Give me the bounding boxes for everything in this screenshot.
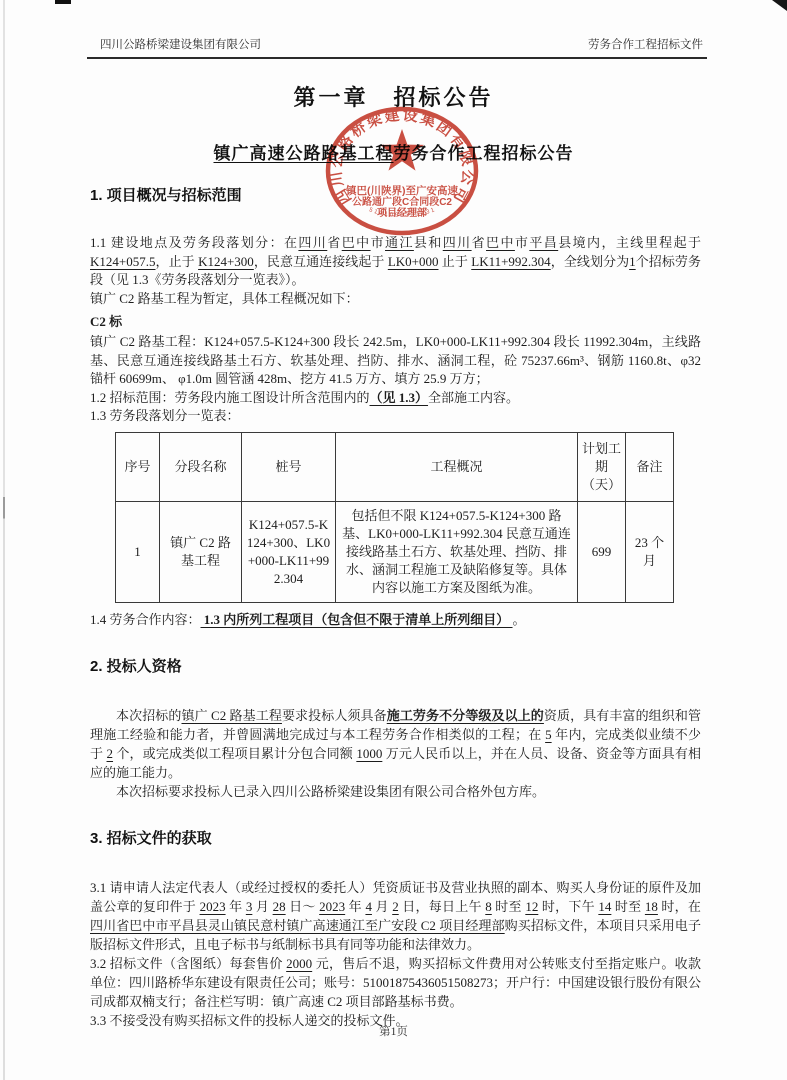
text-run: 镇广 C2 路基工程：K124+057.5-K124+300 段长 242.5m… <box>90 334 701 386</box>
text-run: 时，下午 <box>538 899 598 914</box>
paragraph-2-2: 本次招标要求投标人已录入四川公路桥梁建设集团有限公司合格外包方库。 <box>90 782 701 801</box>
text-run: 镇广 C2 路基工程为暂定，具体工程概况如下： <box>90 291 359 306</box>
text-run: LK11+992.304 <box>471 254 550 269</box>
section-3-heading: 3. 招标文件的获取 <box>90 827 701 848</box>
text-run: 镇广 C2 路基工程 <box>182 708 282 723</box>
text-run: ，止于 <box>155 254 198 269</box>
col-header-remarks: 备注 <box>626 432 674 501</box>
c2-section-label: C2 标 <box>90 312 701 331</box>
text-run: 市 <box>371 235 385 250</box>
paragraph-3-2: 3.2 招标文件（含图纸）每套售价 2000 元，售后不退，购买招标文件费用对公… <box>90 954 701 1011</box>
scan-top-mark <box>55 0 71 4</box>
text-run: 18 <box>645 899 658 914</box>
text-run: 四川 <box>298 235 327 250</box>
text-run: 通江 <box>385 235 414 250</box>
table-header-row: 序号 分段名称 桩号 工程概况 计划工期（天） 备注 <box>116 432 674 501</box>
text-run: 四川 <box>443 235 472 250</box>
section-1-heading: 1. 项目概况与招标范围 <box>90 184 701 205</box>
paragraph-1-2: 1.2 招标范围：劳务段内施工图设计所含范围内的（见 1.3）全部施工内容。 <box>90 389 701 408</box>
text-run: 止于 <box>438 254 471 269</box>
text-run: 省 <box>472 235 486 250</box>
footer-page-number: 第1页 <box>0 1023 787 1039</box>
cell-stake-number: K124+057.5-K124+300、LK0+000-LK11+992.304 <box>242 501 336 602</box>
text-run: ，全线划分为 <box>551 254 629 269</box>
text-run: 。 <box>513 612 526 627</box>
document-body: 1. 项目概况与招标范围 1.1 建设地点及劳务段落划分：在四川省巴中市通江县和… <box>90 184 701 1030</box>
text-run: 28 <box>273 899 286 914</box>
text-run: 年 <box>345 899 365 914</box>
col-header-segment-name: 分段名称 <box>160 432 242 501</box>
text-run: 1.4 劳务合作内容： <box>90 612 201 627</box>
header-company-name: 四川公路桥梁建设集团有限公司 <box>100 36 261 52</box>
text-run: （见 1.3） <box>370 390 429 405</box>
cell-index: 1 <box>116 501 160 602</box>
text-run: 月 <box>252 899 272 914</box>
section-2-heading: 2. 投标人资格 <box>90 655 701 676</box>
header-rule <box>87 57 707 59</box>
text-run: 平昌 <box>529 235 558 250</box>
paragraph-2-1: 本次招标的镇广 C2 路基工程要求投标人须具备施工劳务不分等级及以上的资质，具有… <box>90 706 701 782</box>
scanned-document-page: 四川公路桥梁建设集团有限公司 劳务合作工程招标文件 第一章 招标公告 镇广高速公… <box>0 0 787 1080</box>
chapter-title: 第一章 招标公告 <box>0 81 787 112</box>
text-run: 1.2 招标范围：劳务段内施工图设计所含范围内的 <box>90 390 370 405</box>
col-header-stake-number: 桩号 <box>242 432 336 501</box>
text-run: 2023 <box>319 899 345 914</box>
text-run: 市 <box>515 235 529 250</box>
text-run: LK0+000 <box>388 254 439 269</box>
text-run: 月 <box>372 899 392 914</box>
text-run: 1.3 劳务段落划分一览表： <box>90 408 240 423</box>
text-run: 1.3 内所列工程项目（包含但不限于清单上所列细目） <box>201 612 513 627</box>
text-run: 劳务合作工程招标公告 <box>394 144 574 163</box>
text-run: 2000 <box>286 956 312 971</box>
text-run: 四川省巴中市平昌县灵山镇民意村镇广高速通江至广安段 C2 项目经理部 <box>90 918 505 933</box>
segment-table: 序号 分段名称 桩号 工程概况 计划工期（天） 备注 1 镇广 C2 路基工程 … <box>115 432 674 603</box>
paragraph-3-1: 3.1 请申请人法定代表人（或经过授权的委托人）凭资质证书及营业执照的副本、购买… <box>90 878 701 954</box>
paragraph-1-4: 1.4 劳务合作内容： 1.3 内所列工程项目（包含但不限于清单上所列细目） 。 <box>90 611 701 630</box>
text-run: 本次招标的 <box>116 708 182 723</box>
page-header: 四川公路桥梁建设集团有限公司 劳务合作工程招标文件 <box>0 0 787 52</box>
paragraph-tentative: 镇广 C2 路基工程为暂定，具体工程概况如下： <box>90 290 701 309</box>
text-run: K124+300 <box>198 254 254 269</box>
text-run: 1.1 建设地点及劳务段落划分：在 <box>90 235 298 250</box>
col-header-work-overview: 工程概况 <box>336 432 578 501</box>
scan-edge-line <box>3 0 5 1080</box>
paragraph-1-1: 1.1 建设地点及劳务段落划分：在四川省巴中市通江县和四川省巴中市平昌县境内，主… <box>90 234 701 290</box>
text-run: 时至 <box>492 899 526 914</box>
text-run: 全部施工内容。 <box>428 390 519 405</box>
text-run: ，民意互通连接线起于 <box>254 254 388 269</box>
text-run: 14 <box>598 899 611 914</box>
text-run: 巴中 <box>342 235 371 250</box>
text-run: 巴中 <box>486 235 515 250</box>
text-run: 2023 <box>200 899 226 914</box>
text-run: 时至 <box>611 899 645 914</box>
header-doc-type: 劳务合作工程招标文件 <box>588 36 703 52</box>
cell-remarks: 23 个月 <box>626 501 674 602</box>
text-run: 县和 <box>414 235 443 250</box>
text-run: 年 <box>226 899 246 914</box>
scan-corner-mark <box>772 0 787 11</box>
text-run: K124+057.5 <box>90 254 155 269</box>
text-run: 本次招标要求投标人已录入四川公路桥梁建设集团有限公司合格外包方库。 <box>116 784 545 799</box>
text-run: 个，或完成类似工程项目累计分包合同额 <box>113 746 356 761</box>
table-row: 1 镇广 C2 路基工程 K124+057.5-K124+300、LK0+000… <box>116 501 674 602</box>
text-run: 镇广高速公路路基工程 <box>214 144 394 163</box>
paragraph-1-3: 1.3 劳务段落划分一览表： <box>90 407 701 426</box>
document-title: 镇广高速公路路基工程劳务合作工程招标公告 <box>0 139 787 164</box>
cell-planned-duration: 699 <box>578 501 626 602</box>
cell-segment-name: 镇广 C2 路基工程 <box>160 501 242 602</box>
paragraph-c2-description: 镇广 C2 路基工程：K124+057.5-K124+300 段长 242.5m… <box>90 333 701 389</box>
text-run: 省 <box>327 235 341 250</box>
text-run: 12 <box>525 899 538 914</box>
cell-work-overview: 包括但不限 K124+057.5-K124+300 路基、LK0+000-LK1… <box>336 501 578 602</box>
col-header-index: 序号 <box>116 432 160 501</box>
text-run: 施工劳务不分等级及以上的 <box>387 708 544 723</box>
text-run: 日～ <box>286 899 320 914</box>
text-run: 3.2 招标文件（含图纸）每套售价 <box>90 956 286 971</box>
text-run: 1000 <box>356 746 382 761</box>
text-run: 县境内，主线里程起于 <box>558 235 701 250</box>
col-header-planned-duration: 计划工期（天） <box>578 432 626 501</box>
text-run: 日，每日上午 <box>399 899 486 914</box>
text-run: 要求投标人须具备 <box>282 708 387 723</box>
text-run: 时，在 <box>658 899 701 914</box>
